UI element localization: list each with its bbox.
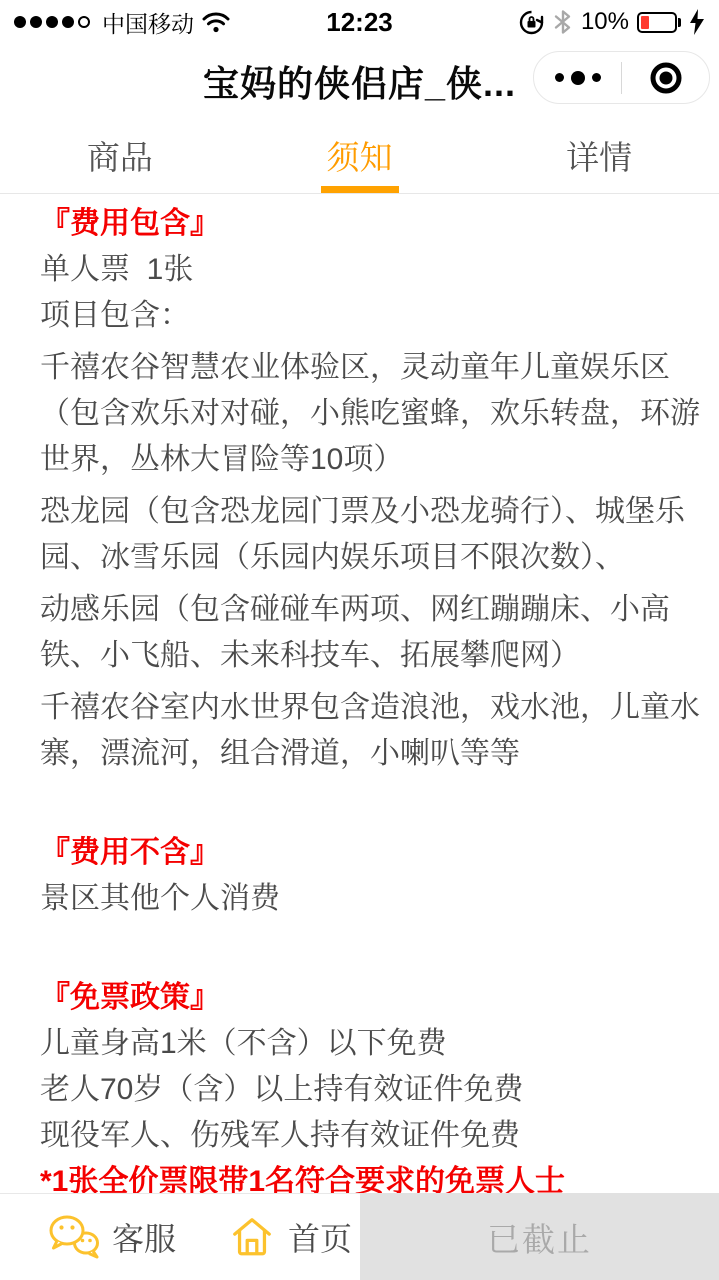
section-heading-fees-excluded: 『费用不含』 xyxy=(40,830,704,876)
notice-line: 景区其他个人消费 xyxy=(40,876,704,922)
bluetooth-icon xyxy=(553,9,573,35)
notice-line: 儿童身高1米（不含）以下免费 xyxy=(40,1021,704,1067)
exit-button[interactable] xyxy=(622,52,709,103)
miniprogram-screen: 中国移动 12:23 10% xyxy=(0,0,719,1280)
wechat-service-icon xyxy=(48,1214,100,1260)
orientation-lock-icon xyxy=(518,9,545,36)
signal-strength-icon xyxy=(14,16,90,28)
home-button[interactable]: 首页 xyxy=(228,1214,352,1260)
tab-goods[interactable]: 商品 xyxy=(0,118,240,193)
exit-target-icon xyxy=(648,60,684,96)
notice-line: （包含欢乐对对碰，小熊吃蜜蜂，欢乐转盘，环游 xyxy=(40,391,704,437)
tab-details[interactable]: 详情 xyxy=(479,118,719,193)
section-heading-free-ticket-policy: 『免票政策』 xyxy=(40,975,704,1021)
charging-bolt-icon xyxy=(689,9,705,35)
home-icon xyxy=(228,1214,276,1260)
tab-notice-label: 须知 xyxy=(327,132,393,179)
battery-icon xyxy=(637,12,681,33)
tab-goods-label: 商品 xyxy=(87,132,153,179)
home-label: 首页 xyxy=(288,1214,352,1260)
active-tab-underline xyxy=(321,186,399,193)
tab-bar: 商品 须知 详情 xyxy=(0,118,719,194)
section-gap xyxy=(40,922,704,975)
tab-notice[interactable]: 须知 xyxy=(240,118,480,193)
closed-action-button[interactable]: 已截止 xyxy=(360,1193,719,1280)
more-dots-icon xyxy=(555,73,564,82)
carrier-label: 中国移动 xyxy=(102,6,194,39)
bottom-action-bar: 客服 首页 已截止 xyxy=(0,1193,719,1280)
wifi-icon xyxy=(202,11,230,33)
nav-bar: 宝妈的侠侣店_侠... xyxy=(0,44,719,118)
customer-service-button[interactable]: 客服 xyxy=(48,1214,176,1260)
notice-line: 动感乐园（包含碰碰车两项、网红蹦蹦床、小高 xyxy=(40,587,704,633)
notice-line: 恐龙园（包含恐龙园门票及小恐龙骑行）、城堡乐 xyxy=(40,489,704,535)
notice-line: 项目包含： xyxy=(40,293,704,339)
notice-content[interactable]: 『费用包含』 单人票 1张 项目包含： 千禧农谷智慧农业体验区，灵动童年儿童娱乐… xyxy=(0,195,719,1193)
notice-line: 园、冰雪乐园（乐园内娱乐项目不限次数）、 xyxy=(40,535,704,581)
notice-line: 铁、小飞船、未来科技车、拓展攀爬网） xyxy=(40,633,704,679)
status-left: 中国移动 xyxy=(14,6,230,39)
battery-percent-label: 10% xyxy=(581,8,629,36)
notice-line: 世界，丛林大冒险等10项） xyxy=(40,437,704,483)
page-title: 宝妈的侠侣店_侠... xyxy=(203,56,516,107)
notice-line: 单人票 1张 xyxy=(40,247,704,293)
section-gap xyxy=(40,777,704,830)
tab-details-label: 详情 xyxy=(566,132,632,179)
status-bar: 中国移动 12:23 10% xyxy=(0,0,719,44)
customer-service-label: 客服 xyxy=(112,1214,176,1260)
notice-line: 千禧农谷室内水世界包含造浪池，戏水池，儿童水 xyxy=(40,685,704,731)
miniprogram-capsule xyxy=(533,51,710,104)
notice-line: 寨，漂流河，组合滑道，小喇叭等等 xyxy=(40,731,704,777)
notice-line: 老人70岁（含）以上持有效证件免费 xyxy=(40,1067,704,1113)
notice-line: 千禧农谷智慧农业体验区，灵动童年儿童娱乐区 xyxy=(40,345,704,391)
section-heading-fees-included: 『费用包含』 xyxy=(40,201,704,247)
notice-line: 现役军人、伤残军人持有效证件免费 xyxy=(40,1113,704,1159)
warning-line: *1张全价票限带1名符合要求的免票人士 xyxy=(40,1159,704,1193)
more-button[interactable] xyxy=(534,52,621,103)
status-right: 10% xyxy=(518,8,705,36)
